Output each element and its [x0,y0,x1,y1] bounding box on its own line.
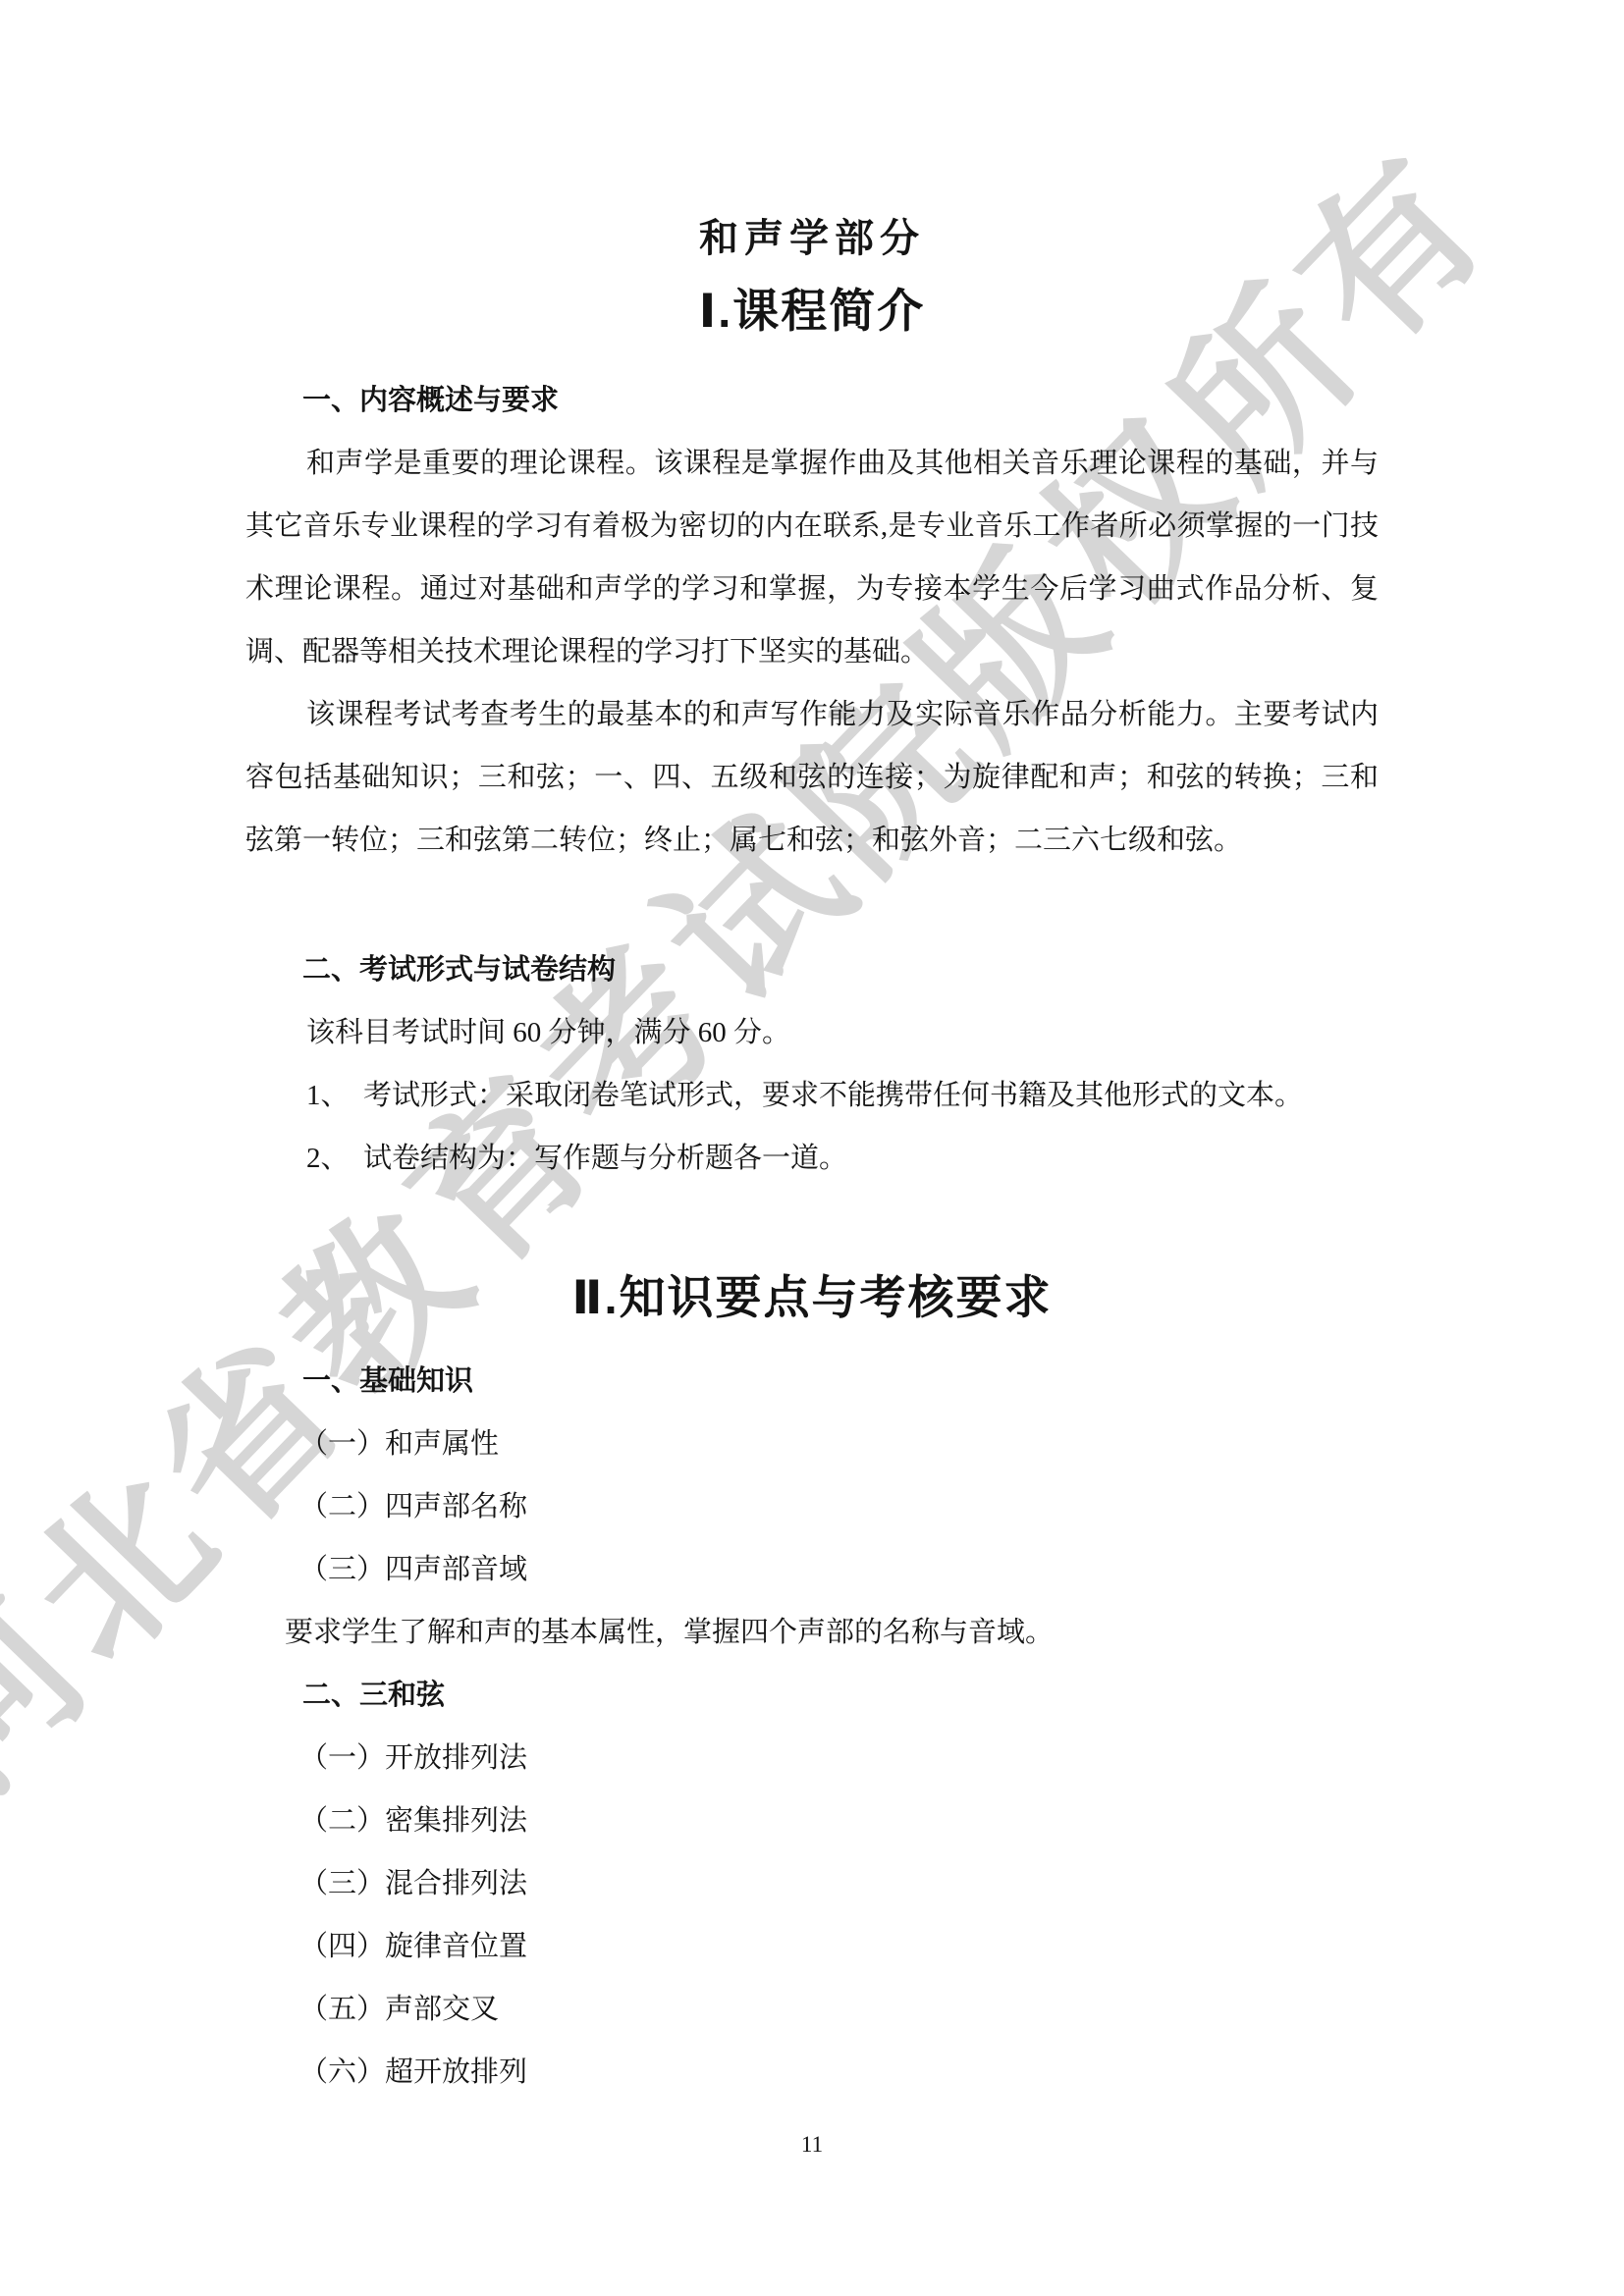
triad-item-2: （二）密集排列法 [299,1789,1379,1852]
overview-paragraph-1: 和声学是重要的理论课程。该课程是掌握作曲及其他相关音乐理论课程的基础，并与其它音… [245,432,1379,683]
basic-item-1: （一）和声属性 [299,1413,1379,1475]
section2-heading: Ⅱ.知识要点与考核要求 [245,1263,1379,1332]
exam-item-1: 1、考试形式：采取闭卷笔试形式，要求不能携带任何书籍及其他形式的文本。 [306,1064,1379,1127]
page-number: 11 [0,2132,1624,2158]
exam-item-2-text: 试卷结构为：写作题与分析题各一道。 [363,1143,847,1174]
overview-paragraph-2: 该课程考试考查考生的最基本的和声写作能力及实际音乐作品分析能力。主要考试内容包括… [245,683,1379,872]
basic-knowledge-heading: 一、基础知识 [302,1350,1379,1413]
exam-item-2-number: 2、 [306,1127,363,1190]
exam-item-1-number: 1、 [306,1064,363,1127]
basic-item-3: （三）四声部音域 [299,1538,1379,1601]
exam-heading: 二、考试形式与试卷结构 [302,938,1379,1001]
triad-item-3: （三）混合排列法 [299,1852,1379,1915]
exam-item-2: 2、试卷结构为：写作题与分析题各一道。 [306,1127,1379,1190]
basic-requirement-note: 要求学生了解和声的基本属性，掌握四个声部的名称与音域。 [285,1601,1379,1664]
document-page: 河北省教育考试院版权所有 和声学部分 Ⅰ.课程简介 一、内容概述与要求 和声学是… [0,0,1624,2296]
basic-item-2: （二）四声部名称 [299,1475,1379,1538]
triad-heading: 二、三和弦 [302,1664,1379,1727]
section1-heading: Ⅰ.课程简介 [245,287,1379,336]
document-content: 和声学部分 Ⅰ.课程简介 一、内容概述与要求 和声学是重要的理论课程。该课程是掌… [245,0,1379,2104]
triad-item-5: （五）声部交叉 [299,1978,1379,2041]
document-title: 和声学部分 [245,218,1379,259]
triad-item-1: （一）开放排列法 [299,1727,1379,1789]
exam-intro: 该科目考试时间 60 分钟，满分 60 分。 [245,1001,1379,1064]
exam-item-1-text: 考试形式：采取闭卷笔试形式，要求不能携带任何书籍及其他形式的文本。 [363,1080,1303,1111]
triad-item-4: （四）旋律音位置 [299,1915,1379,1978]
overview-heading: 一、内容概述与要求 [302,369,1379,432]
triad-item-6: （六）超开放排列 [299,2041,1379,2104]
